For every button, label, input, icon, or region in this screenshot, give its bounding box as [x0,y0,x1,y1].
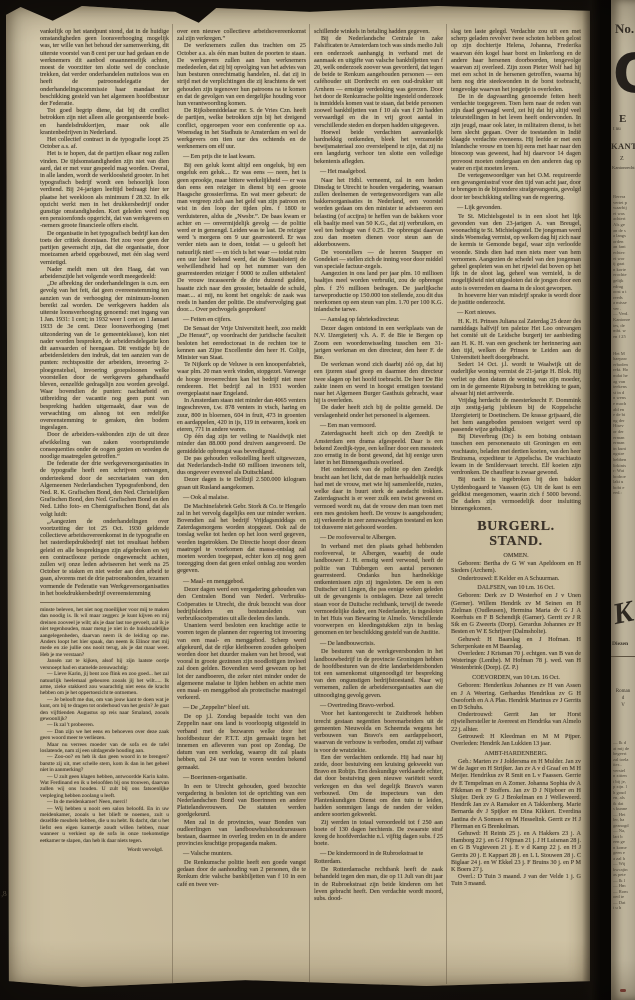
page-fold-shadow [582,0,612,1000]
paragraph: Gehuwd: H Baarslag en J Hofman. H Scherp… [451,636,581,650]
continuation-note: Wordt vervolgd. [40,847,169,853]
paragraph: De federatie der drie werkgeversorganisa… [40,460,169,518]
paragraph: „Aangezien de onderhandelingen over voor… [40,518,169,597]
paragraph: „De afbreking der onderhandelingen is o.… [40,280,169,431]
paragraph: De Machinefabriek Gebr. Stork & Co. te H… [177,503,306,575]
paragraph: De organisatie in het typografisch bedri… [40,230,169,266]
section-heading: — Overtreding Bravo-verbod. [314,702,443,709]
paragraph: Bij Dieverbrug (Dr.) is een botsing onts… [451,433,581,476]
paragraph: Voor het kantongerecht te Zuidbroek hebb… [314,710,443,753]
masthead-subtitle-letter: E [619,113,635,125]
burgerlijke-stand-header: BURGERL. STAND. [451,519,581,549]
paragraph: De Senaat der Vrije Universiteit heeft, … [177,325,306,361]
paragraph: Een der verdachten ontkende. Hij had naa… [314,754,443,819]
paragraph: De Rijksbemiddelaar mr. S. de Vries Czn.… [177,107,306,150]
paragraph: Zaterdagnacht heeft zich op den Zeedijk … [314,430,443,466]
paragraph: Geboren: Henderikus Johannes zv H van As… [451,682,581,711]
paragraph: Nader meldt men uit den Haag, dat van ar… [40,266,169,280]
paragraph: Dezer dagen ontstond in een werkplaats v… [314,325,443,361]
paragraph: Unaniem werd besloten een krachtige acti… [177,622,306,701]
z-mark: Z [620,156,635,162]
paragraph: In hoeverre hier van misdrijf sprake is … [451,292,581,306]
paragraph: Geboren: Bertha dv G W van Apeldoorn en … [451,560,581,574]
paragraph: Dezer dagen is te Delfzijl 2.500.000 kil… [177,476,306,490]
masthead-letter: O [613,46,635,102]
paragraph: Door de arbeiders-vakbonden zijn de uit … [40,431,169,460]
paragraph: Ondertrouwd: Gerrit Jan ter Horst rijwie… [451,711,581,733]
section-heading: — De „Zeppelin” bleef uit. [177,704,306,711]
feuilleton-header-line: Roman [611,688,635,695]
paragraph: Te St. Michielsgestel is in een sloot he… [451,213,581,292]
paragraph: Geboren: Derk zv D Westerhof en J v Unen… [451,592,581,635]
paragraph: Maar nu verrees moeder van de sofa en de… [40,742,169,755]
feuilleton-header-line: V [611,702,635,709]
paragraph: Het is te hopen, dat de partijen elkaar … [40,150,169,229]
paragraph: De in de dagvaarding genoemde feiten hee… [451,93,581,172]
paragraph: over een nieuwe collectieve arbeidsovere… [177,28,306,42]
paragraph: Het onderzoek van de politie op den Zeed… [314,466,443,531]
newspaper-column-3: schillende winkels in betaling hadden ge… [310,24,447,984]
paragraph: De Renkumsche politie heeft een goede va… [177,859,306,888]
paragraph: Aangezien in ons land per jaar plm. 10 m… [314,270,443,313]
adjacent-feuilleton-header: RomandV [611,688,635,709]
ink-speck [620,989,626,992]
adjacent-text-fragments-top: Bereravertet pwaarbijet wasachteriAls ge… [613,194,635,496]
subsection-heading: AMBT-HARDENBERG. [451,750,581,757]
paragraph: Men zal in de provincies, waar Bonden va… [177,819,306,848]
paragraph: Jansén zat te kijken, alsof hij zijn laa… [40,658,169,671]
paragraph: Naar het Hdbl. verneemt, zal in een hede… [314,177,443,249]
section-heading: — Kort nieuws. [451,309,581,316]
feuilleton-divider [40,602,169,603]
paragraph: Hoewel beide verdachten aanvankelijk har… [314,129,443,165]
paragraph: — Dan zijn we het eens en behoeven over … [40,729,169,742]
newspaper-column-2: over een nieuwe collectieve arbeidsovere… [173,24,310,984]
section-heading: — Lijk gevonden. [451,204,581,211]
section-heading: — Aanslag op fabrieksdirecteur. [314,316,443,323]
subsection-heading: DALFSEN, van 10 t.m. 16 Oct. [451,584,581,591]
section-heading: — Het maalgebod. [314,168,443,175]
paragraph: Ondertrouwd: E Kelder en A Schuurman. [451,575,581,582]
paragraph: — Zoo-oo? en heb ik dan geen woord in te… [40,754,169,773]
paragraph: De werkman wond zich daarbij zóó op, dat… [314,361,443,404]
adjacent-page-edge: No. O E t nu KANT Z Kantonrechter Berera… [611,0,635,1000]
section-heading: — Valsche munters. [177,850,306,857]
newspaper-column-1: vankelijk op het standpunt stond, dat in… [36,24,173,984]
paragraph: De werknemers zullen dus trachten om 25 … [177,42,306,107]
paragraph: De dader heeft zich bij de politie gemel… [314,404,443,418]
section-heading: — Feiten en cijfers. [177,316,306,323]
text-columns: vankelijk op het standpunt stond, dat in… [36,24,584,984]
paragraph: Overl.: D Tuin 3 maand. J van der Velde … [451,873,581,887]
photo-backdrop: vankelijk op het standpunt stond, dat in… [0,0,635,1000]
adjacent-text-fragments-bottom: — Ik dat mij debegeerizal toelaiter...ve… [613,740,635,911]
paragraph: — Wij hebben u nooit een salon beloofd. … [40,806,169,844]
newspaper-column-4: slag ten laste gelegd. Verdachte zou uit… [447,24,584,984]
paragraph: Het collectief contract in de typografie… [40,136,169,150]
section-heading: — De roofoverval te Albergen. [314,534,443,541]
section-heading: — Een prijs die te laat kwam. [177,153,306,160]
paragraph: Vrijdag herdacht de meesterknecht F. Dom… [451,397,581,433]
paragraph: — Je belooft me dus, om van jouw kant te… [40,697,169,723]
text-fragment-line: eed.: [613,490,635,496]
paragraph: Bij de Nederlandsche Centrale in zake Fa… [314,35,443,129]
paragraph: De op j.l. Zondag bepaalde tocht van den… [177,713,306,771]
feuilleton-header-line: d [611,695,635,702]
masthead-tagline-fragment: t nu [613,127,635,132]
feuilleton: minste beleven, het niet nog moeilijker … [40,607,169,853]
section-heading: — Boerinnen-organisatie. [177,774,306,781]
paragraph: — U zult geen klagen hebben, antwoordde … [40,774,169,800]
newspaper-page: vankelijk op het standpunt stond, dat in… [6,4,590,989]
paragraph: Overleden: J Krisman 70 j. echtgen. van … [451,650,581,672]
adjacent-rule [611,656,635,657]
paragraph: Dezer dagen werd een vergadering gehoude… [177,586,306,622]
paragraph: Te Nijkerk op de Veluwe is een knoopenfa… [177,361,306,397]
paragraph: slag ten laste gelegd. Verdachte zou uit… [451,28,581,93]
subsection-heading: OMMEN. [451,552,581,559]
ad-logo-mark: K [611,594,635,632]
paragraph: In Amsterdam staan niet minder dan 4065 … [177,397,306,433]
paragraph: Getrouwd: H Kleedman en M M Pijper. Over… [451,733,581,747]
paragraph: De voorstellers — de heeren Snapper en G… [314,249,443,271]
paragraph: Bij een geluk komt altijd een ongeluk, b… [177,162,306,313]
paragraph: Tot goed begrip diene, dat bij dit confl… [40,107,169,136]
section-heading: — Maal- en menggebod. [177,578,306,585]
paragraph: In verband met den plaats gehad hebbende… [314,543,443,637]
margin-mark: ,8 [1,889,7,898]
subsection-heading: COEVORDEN, van 10 t.m. 16 Oct. [451,674,581,681]
paragraph: — Lieve Karin, jij bent zoo flink en zoo… [40,671,169,697]
paragraph: Op één dag zijn ter veiling te Naaldwijk… [177,433,306,455]
section-heading: — Ook al malaise. [177,494,306,501]
paragraph: Zij werden in totaal veroordeeld tot f 2… [314,819,443,848]
kantoor-heading-fragment: KANT [611,141,635,151]
paragraph: H. K. H. Prinses Juliana zal Zaterdag 25… [451,318,581,361]
section-heading: — De landbouwcrisis. [314,640,443,647]
paragraph: De vertegenwoordiger van het O.M. requir… [451,172,581,201]
section-heading: — De kindermoord in de Rubroekstraat te … [314,850,443,864]
paragraph: minste beleven, het niet nog moeilijker … [40,607,169,658]
paragraph: Sedert 14 Oct. j.l. wordt te Waalwijk ui… [451,361,581,397]
text-fragment-line: t u h [613,905,635,911]
paragraph: De besturen van de werkgeversbonden in h… [314,648,443,698]
section-heading: — Een man vermoord. [314,422,443,429]
paragraph: Geb.: Marten zv J Joldersma en H Mulder.… [451,758,581,830]
paragraph: Gehuwd: H Reints 25 j. en A Hakkers 23 j… [451,830,581,873]
issue-number-label: No. [615,21,635,37]
ad-caption-fragment: Diezen [612,641,635,647]
paragraph: De pas gehouden volkstelling heeft uitge… [177,455,306,477]
paragraph: In een te Utrecht gehouden, goed bezocht… [177,783,306,819]
paragraph: vankelijk op het standpunt stond, dat in… [40,28,169,107]
kantoor-line-fragment: Kantonrechter [612,165,635,170]
paragraph: Bij nacht is ingebroken bij den bakker U… [451,476,581,512]
paragraph: schillende winkels in betaling hadden ge… [314,28,443,35]
paragraph: De Rotterdamsche rechtbank heeft de zaak… [314,866,443,902]
